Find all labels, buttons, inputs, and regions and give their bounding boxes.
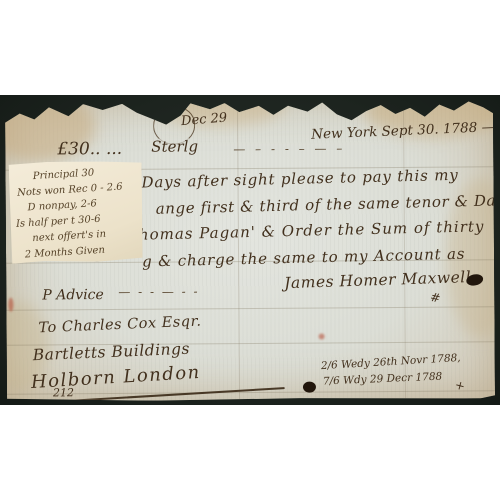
endorsement-line-1: 2/6 Wedy 26th Novr 1788,	[321, 352, 461, 372]
ink-blot	[303, 382, 316, 393]
signature-flourish: #	[429, 290, 442, 306]
docket-date: Dec 29	[181, 111, 228, 129]
body-line-3: Thomas Pagan' & Order the Sum of thirty	[128, 217, 485, 244]
body-line-2: ange first & third of the same tenor & D…	[156, 191, 500, 218]
address-line-1: To Charles Cox Esqr.	[38, 314, 202, 337]
fold-crease	[6, 306, 494, 310]
body-line-1: Days after sight please to pay this my	[141, 166, 458, 192]
red-smudge	[8, 298, 13, 312]
signature: James Homer Maxwell	[284, 268, 471, 292]
red-mark	[319, 333, 325, 339]
bill-of-exchange-paper: Dec 29 £30.. ... Sterlg — – - - – — – Ne…	[5, 98, 495, 401]
amount: £30.. ...	[57, 139, 122, 159]
endorsement-line-2: 7/6 Wdy 29 Decr 1788	[323, 371, 443, 388]
attached-calculation-slip: Principal 30 Nots won Rec 0 - 2.6 D nonp…	[9, 160, 144, 264]
address-number: 212	[53, 386, 74, 399]
photo-background: Dec 29 £30.. ... Sterlg — – - - – — – Ne…	[0, 95, 500, 405]
signature-dashes: — - - — - -	[118, 284, 199, 299]
currency-label: Sterlg	[151, 137, 198, 155]
advice-label: P Advice	[42, 287, 104, 303]
body-line-4: g & charge the same to my Account as	[142, 245, 466, 271]
ruled-dashes: — – - - – — –	[233, 141, 345, 156]
